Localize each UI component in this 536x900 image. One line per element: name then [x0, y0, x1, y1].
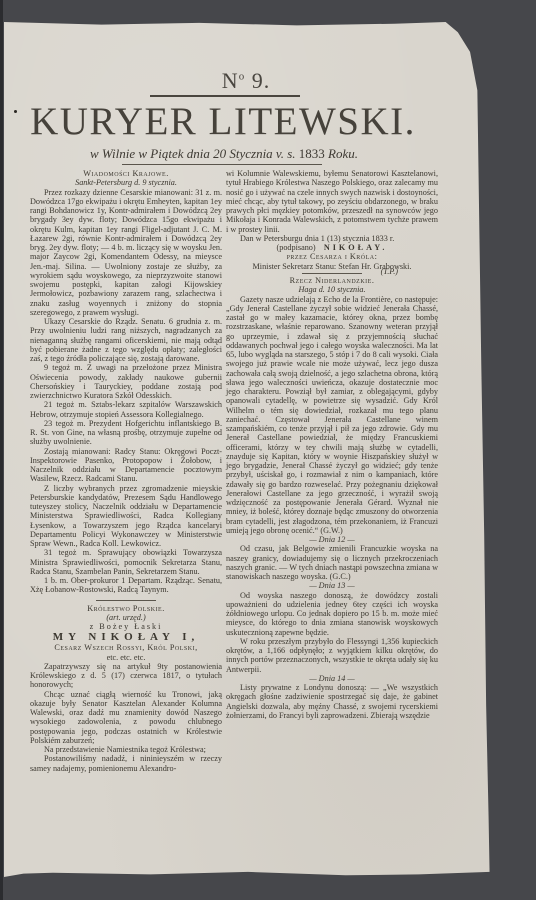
section-heading-kingdom-of-poland: Królestwo Polskie. [30, 604, 222, 613]
right-column: wi Kolumnie Walewskiemu, byłemu Senatoro… [226, 169, 438, 720]
section-divider [96, 600, 156, 601]
decree-minister: Minister Sekretarz Stanu: Stefan Hr. Gra… [226, 262, 438, 271]
article-paragraph: Od woyska naszego donoszą, że dowódzcy z… [226, 591, 438, 637]
decree-paragraph: Chcąc uznać ciągłą wierność ku Tronowi, … [30, 690, 222, 746]
masthead-rule-bottom [122, 164, 322, 165]
decree-paragraph: Postanowiliśmy nadadź, i nininieyszém w … [30, 754, 222, 773]
day-heading-13: — Dnia 13 — [226, 581, 438, 590]
dateline-petersburg: Sankt-Petersburg d. 9 stycznia. [30, 178, 222, 187]
dateline: w Wilnie w Piątek dnia 20 Stycznia v. s.… [44, 146, 404, 162]
newspaper-title: KURYER LITEWSKI. [28, 100, 418, 144]
article-paragraph: W roku przeszłym przybyło do Flessyngi 1… [226, 637, 438, 674]
article-paragraph: Od czasu, jak Belgowie zmienili Francuzk… [226, 544, 438, 581]
dateline-hague: Haga d. 10 stycznia. [226, 285, 438, 294]
article-paragraph: Listy prywatne z Londynu donoszą: — „We … [226, 683, 438, 720]
masthead-rule-top [150, 95, 300, 97]
decree-titles: Cesarz Wszech Rossyi, Król Polski, [30, 643, 222, 652]
decree-signed-place: Dan w Petersburgu dnia 1 (13) stycznia 1… [226, 234, 438, 243]
newspaper-page: No 9. KURYER LITEWSKI. w Wilnie w Piątek… [4, 22, 492, 877]
article-paragraph: Ukazy Cesarskie do Rządz. Senatu. 6 grud… [30, 317, 222, 363]
official-article-note: (art. urzęd.) [30, 613, 222, 622]
scan-left-edge [0, 0, 3, 900]
article-paragraph: 9 tegoż m. Z uwagi na przełożone przez M… [30, 363, 222, 400]
day-heading-14: — Dnia 14 — [226, 674, 438, 683]
decree-signature: (podpisano) NIKOŁAY. [226, 243, 438, 252]
article-paragraph: Zostają mianowani: Radcy Stanu: Okręgowi… [30, 447, 222, 484]
article-paragraph: 23 tegoż m. Prezydent Hofgerichtu inflan… [30, 419, 222, 447]
decree-by-line: przez Cesarza i Króla: [226, 252, 438, 261]
decree-grace-line: z Bożey Łaski [30, 622, 222, 631]
article-paragraph: Przez rozkazy dzienne Cesarskie mianowan… [30, 188, 222, 318]
decree-etc: etc. etc. etc. [30, 653, 222, 662]
decree-paragraph: Na przedstawienie Namiestnika tegoż Król… [30, 745, 222, 754]
decree-paragraph: Zapatrzywszy się na artykuł 9ty postanow… [30, 662, 222, 690]
article-paragraph: 21 tegoż m. Sztabs-lekarz szpitalów Wars… [30, 400, 222, 419]
article-paragraph: 31 tegoż m. Sprawujący obowiązki Towarzy… [30, 548, 222, 576]
masthead: No 9. KURYER LITEWSKI. w Wilnie w Piątek… [4, 22, 492, 192]
decree-continuation: wi Kolumnie Walewskiemu, byłemu Senatoro… [226, 169, 438, 234]
article-paragraph: Z liczby wybranych przez zgromadzenie mi… [30, 484, 222, 549]
decree-sovereign-name: MY NIKOŁAY I, [30, 631, 222, 643]
section-heading-netherlands: Rzecz Niderlandzkie. [226, 276, 438, 285]
article-paragraph: Gazety nasze udzielają z Echo de la Fron… [226, 295, 438, 536]
section-heading-domestic-news: Wiadomości Krajowe. [30, 169, 222, 178]
article-paragraph: 1 b. m. Ober-prokuror 1 Departam. Rządzą… [30, 576, 222, 595]
left-column: Wiadomości Krajowe. Sankt-Petersburg d. … [30, 169, 222, 773]
issue-number: No 9. [196, 68, 296, 94]
day-heading-12: — Dnia 12 — [226, 535, 438, 544]
